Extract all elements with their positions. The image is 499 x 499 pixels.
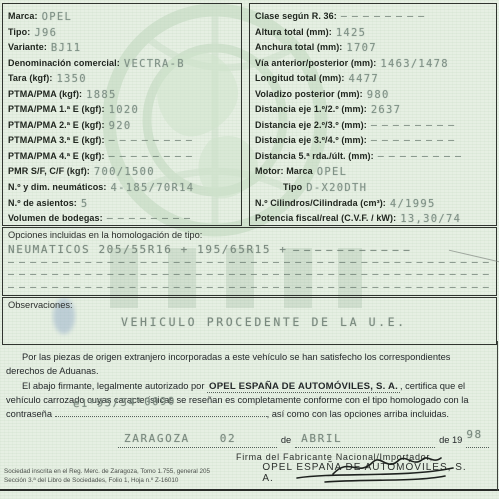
field-row: Motor: MarcaOPEL (255, 162, 492, 178)
month-value: ABRIL (301, 431, 342, 447)
field-label: PTMA/PMA 2.ª E (kgf): (8, 120, 105, 130)
field-label: Tipo: (8, 27, 30, 37)
city-day-typed: ZARAGOZA02 (124, 431, 236, 447)
field-label: PTMA/PMA 1.ª E (kgf): (8, 104, 105, 114)
field-label: Tara (kgf): (8, 73, 52, 83)
certification-area: Por las piezas de origen extranjero inco… (0, 345, 499, 464)
field-label: Distancia eje 2.º/3.º (mm): (255, 120, 367, 130)
field-row: N.º de asientos:5 (8, 194, 237, 210)
field-value: 1020 (109, 104, 140, 116)
certification-paragraph: El abajo firmante, legalmente autorizado… (6, 380, 489, 422)
certifying-company: OPEL ESPAÑA DE AUTOMÓVILES, S. A. (207, 381, 400, 393)
field-label: Voladizo posterior (mm): (255, 89, 363, 99)
city-value: ZARAGOZA (124, 432, 190, 445)
field-row: Volumen de bodegas:— — — — — — — — (8, 209, 237, 225)
field-row: Distancia eje 2.º/3.º (mm):— — — — — — —… (255, 116, 492, 132)
blank-dash-row: — — — — — — — — — — — — — — — — — — — — … (8, 257, 491, 270)
field-row: N.º y dim. neumáticos:4-185/70R14 (8, 178, 237, 194)
field-blank: — — — — — — — — (109, 135, 192, 146)
field-label: Anchura total (mm): (255, 42, 342, 52)
field-blank: — — — — — — — — (107, 213, 190, 224)
field-value: 1885 (86, 89, 117, 101)
vehicle-spec-box: Marca:OPEL Tipo:J96 Variante:BJ11 Denomi… (2, 3, 242, 226)
field-label: N.º y dim. neumáticos: (8, 182, 107, 192)
field-label: Motor: Marca (255, 166, 313, 176)
signature-scribble (295, 452, 455, 486)
options-title: Opciones incluidas en la homologación de… (8, 229, 491, 242)
homologation-document: Marca:OPEL Tipo:J96 Variante:BJ11 Denomi… (0, 0, 499, 464)
field-label: Tipo (255, 182, 302, 192)
field-row: N.º Cilindros/Cilindrada (cm³):4/1995 (255, 194, 492, 210)
field-value: 4-185/70R14 (111, 182, 195, 194)
customs-paragraph: Por las piezas de origen extranjero inco… (6, 351, 489, 378)
field-label: Marca: (8, 11, 38, 21)
field-value: 5 (81, 198, 89, 210)
field-label: Variante: (8, 42, 47, 52)
date-line: ZARAGOZA02 de ABRIL de 19 98 (6, 426, 489, 448)
field-value: 1463/1478 (380, 58, 449, 70)
field-label: PTMA/PMA 3.ª E (kgf): (8, 135, 105, 145)
field-value: 4/1995 (390, 198, 436, 210)
bottom-rule (0, 489, 499, 491)
field-row: PTMA/PMA 4.ª E (kgf):— — — — — — — — (8, 147, 237, 163)
field-value: 13,30/74 (400, 213, 461, 225)
field-row: Anchura total (mm):1707 (255, 38, 492, 54)
field-label: Distancia eje 3.º/4.º (mm): (255, 135, 367, 145)
field-label: PTMA/PMA (kgf): (8, 89, 82, 99)
field-label: N.º de asientos: (8, 198, 77, 208)
observations-title: Observaciones: (8, 299, 491, 312)
contrasena-leader: e1*95/54*0090 (55, 407, 267, 417)
field-label: Clase según R. 36: (255, 11, 337, 21)
month-leader: ABRIL (295, 435, 435, 448)
field-label: Volumen de bodegas: (8, 213, 103, 223)
field-label: Denominación comercial: (8, 58, 120, 68)
field-blank: — — — — — — — — (371, 135, 454, 146)
field-row: Tipo:J96 (8, 23, 237, 39)
certification-pre: El abajo firmante, legalmente autorizado… (22, 381, 204, 391)
field-row: Voladizo posterior (mm):980 (255, 85, 492, 101)
field-value: 1350 (56, 73, 87, 85)
field-value: OPEL (42, 11, 73, 23)
homologation-code: e1*95/54*0090 (56, 395, 175, 413)
spec-boxes: Marca:OPEL Tipo:J96 Variante:BJ11 Denomi… (0, 0, 499, 226)
field-label: Vía anterior/posterior (mm): (255, 58, 376, 68)
year-value: 98 (466, 427, 482, 443)
field-value: OPEL (317, 166, 348, 178)
blank-dash-row: — — — — — — — — — — — — — — — — — — — — … (8, 269, 491, 282)
observations-box: Observaciones: VEHICULO PROCEDENTE DE LA… (2, 297, 497, 345)
field-row: PTMA/PMA 3.ª E (kgf):— — — — — — — — (8, 131, 237, 147)
dimensions-spec-box: Clase según R. 36:— — — — — — — — Altura… (249, 3, 497, 226)
field-row: TipoD-X20DTH (255, 178, 492, 194)
options-trail-dashes: — — — — — — — — — — — (288, 245, 409, 256)
options-typed-value: NEUMATICOS 205/55R16 + 195/65R15 + (8, 243, 288, 256)
field-row: Marca:OPEL (8, 7, 237, 23)
registry-fineprint: Sociedad inscrita en el Reg. Merc. de Za… (4, 468, 262, 486)
field-label: PMR S/F, C/F (kgf): (8, 166, 90, 176)
field-row: PMR S/F, C/F (kgf):700/1500 (8, 162, 237, 178)
field-blank: — — — — — — — — (378, 151, 461, 162)
blank-dash-row: — — — — — — — — — — — — — — — — — — — — … (8, 282, 491, 295)
observations-typed-value: VEHICULO PROCEDENTE DE LA U.E. (121, 312, 491, 332)
day-value: 02 (220, 432, 236, 445)
de-word: de (277, 434, 295, 447)
field-row: Variante:BJ11 (8, 38, 237, 54)
field-row: Tara (kgf):1350 (8, 69, 237, 85)
field-row: Potencia fiscal/real (C.V.F. / kW):13,30… (255, 209, 492, 225)
options-typed-line: NEUMATICOS 205/55R16 + 195/65R15 + — — —… (8, 242, 491, 257)
field-row: PTMA/PMA 2.ª E (kgf):920 (8, 116, 237, 132)
options-box: Opciones incluidas en la homologación de… (2, 227, 497, 296)
field-label: Distancia eje 1.º/2.º (mm): (255, 104, 367, 114)
field-value: BJ11 (51, 42, 82, 54)
field-value: 980 (367, 89, 390, 101)
field-value: 1707 (346, 42, 377, 54)
field-value: D-X20DTH (306, 182, 367, 194)
field-row: Distancia eje 3.º/4.º (mm):— — — — — — —… (255, 131, 492, 147)
field-label: Potencia fiscal/real (C.V.F. / kW): (255, 213, 396, 223)
field-row: PTMA/PMA 1.ª E (kgf):1020 (8, 100, 237, 116)
city-leader: ZARAGOZA02 (118, 435, 277, 448)
field-row: Distancia 5.ª rda./últ. (mm):— — — — — —… (255, 147, 492, 163)
field-row: Distancia eje 1.º/2.º (mm):2637 (255, 100, 492, 116)
certification-post: , así como con las opciones arriba inclu… (267, 409, 449, 419)
field-value: 920 (109, 120, 132, 132)
field-label: Longitud total (mm): (255, 73, 344, 83)
field-value: J96 (34, 27, 57, 39)
registry-line-2: Sección 3.ª del Libro de Sociedades, Fol… (4, 477, 262, 486)
registry-line-1: Sociedad inscrita en el Reg. Merc. de Za… (4, 468, 262, 477)
field-label: Distancia 5.ª rda./últ. (mm): (255, 151, 374, 161)
de-19-word: de 19 (435, 434, 466, 447)
field-blank: — — — — — — — — (341, 11, 424, 22)
field-row: Vía anterior/posterior (mm):1463/1478 (255, 54, 492, 70)
field-label: N.º Cilindros/Cilindrada (cm³): (255, 198, 386, 208)
field-label: Altura total (mm): (255, 27, 332, 37)
field-value: 700/1500 (94, 166, 155, 178)
field-row: Denominación comercial:VECTRA-B (8, 54, 237, 70)
field-blank: — — — — — — — — (109, 151, 192, 162)
year-leader: 98 (466, 435, 489, 448)
field-row: Clase según R. 36:— — — — — — — — (255, 7, 492, 23)
field-value: VECTRA-B (124, 58, 185, 70)
field-value: 2637 (371, 104, 402, 116)
field-value: 4477 (348, 73, 379, 85)
field-row: PTMA/PMA (kgf):1885 (8, 85, 237, 101)
field-value: 1425 (336, 27, 367, 39)
field-row: Altura total (mm):1425 (255, 23, 492, 39)
field-row: Longitud total (mm):4477 (255, 69, 492, 85)
field-label: PTMA/PMA 4.ª E (kgf): (8, 151, 105, 161)
right-edge-rule (497, 341, 499, 491)
field-blank: — — — — — — — — (371, 120, 454, 131)
